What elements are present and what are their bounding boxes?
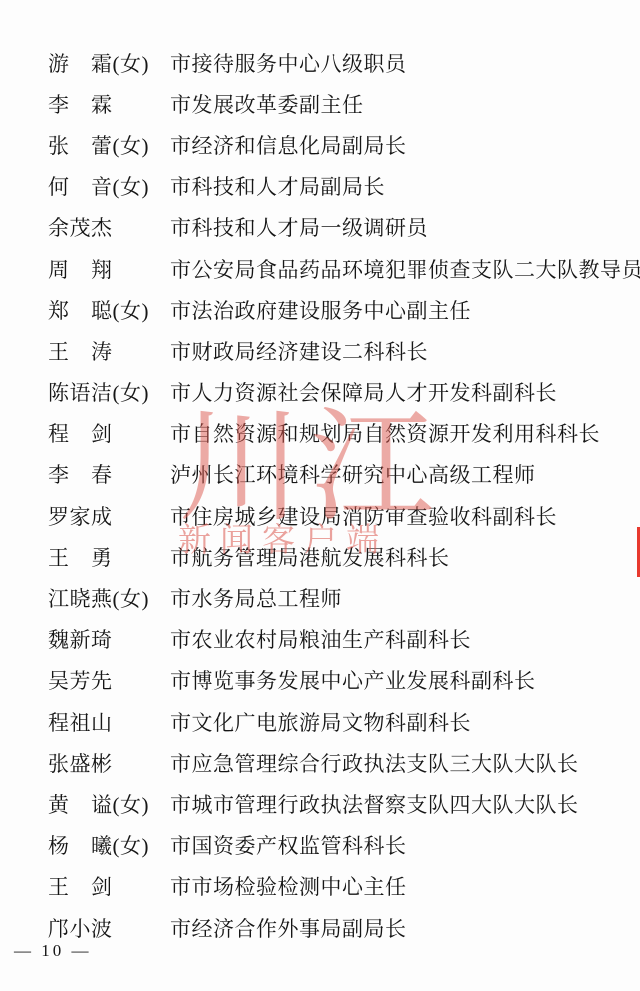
roster-row: 何 音(女) 市科技和人才局副局长 (0, 166, 640, 207)
roster-row: 陈语洁(女) 市人力资源社会保障局人才开发科副科长 (0, 372, 640, 413)
person-title: 市科技和人才局副局长 (170, 171, 385, 201)
person-title: 市科技和人才局一级调研员 (170, 212, 428, 242)
document-page: 游 霜(女) 市接待服务中心八级职员 李 霖 市发展改革委副主任 张 蕾(女) … (0, 0, 640, 991)
person-name: 吴芳先 (48, 665, 113, 695)
person-name: 张盛彬 (48, 748, 113, 778)
person-title: 市住房城乡建设局消防审查验收科副科长 (170, 501, 557, 531)
roster-row: 王 勇 市航务管理局港航发展科科长 (0, 536, 640, 577)
person-name: 陈语洁(女) (48, 377, 149, 407)
person-title: 市航务管理局港航发展科科长 (170, 542, 450, 572)
person-name: 游 霜(女) (48, 48, 149, 78)
roster-row: 江晓燕(女) 市水务局总工程师 (0, 577, 640, 618)
roster-row: 程 剑 市自然资源和规划局自然资源开发利用科科长 (0, 413, 640, 454)
roster-row: 罗家成 市住房城乡建设局消防审查验收科副科长 (0, 495, 640, 536)
person-title: 市公安局食品药品环境犯罪侦查支队二大队教导员 (170, 254, 640, 284)
person-title: 泸州长江环境科学研究中心高级工程师 (170, 459, 536, 489)
person-name: 罗家成 (48, 501, 113, 531)
person-title: 市接待服务中心八级职员 (170, 48, 407, 78)
roster-row: 黄 谥(女) 市城市管理行政执法督察支队四大队大队长 (0, 783, 640, 824)
roster-row: 王 涛 市财政局经济建设二科科长 (0, 330, 640, 371)
roster-row: 张盛彬 市应急管理综合行政执法支队三大队大队长 (0, 742, 640, 783)
person-title: 市国资委产权监管科科长 (170, 830, 407, 860)
person-title: 市博览事务发展中心产业发展科副科长 (170, 665, 536, 695)
person-name: 黄 谥(女) (48, 789, 149, 819)
person-name: 李 霖 (48, 89, 113, 119)
person-title: 市应急管理综合行政执法支队三大队大队长 (170, 748, 579, 778)
roster-row: 魏新琦 市农业农村局粮油生产科副科长 (0, 619, 640, 660)
person-name: 郑 聪(女) (48, 295, 149, 325)
person-title: 市市场检验检测中心主任 (170, 871, 407, 901)
person-name: 张 蕾(女) (48, 130, 149, 160)
person-name: 杨 曦(女) (48, 830, 149, 860)
roster-row: 郑 聪(女) 市法治政府建设服务中心副主任 (0, 289, 640, 330)
person-title: 市城市管理行政执法督察支队四大队大队长 (170, 789, 579, 819)
roster-row: 吴芳先 市博览事务发展中心产业发展科副科长 (0, 660, 640, 701)
person-name: 王 勇 (48, 542, 113, 572)
roster-row: 游 霜(女) 市接待服务中心八级职员 (0, 42, 640, 83)
person-name: 何 音(女) (48, 171, 149, 201)
person-name: 周 翔 (48, 254, 113, 284)
roster-row: 李 霖 市发展改革委副主任 (0, 83, 640, 124)
page-number: — 10 — (14, 941, 92, 961)
roster-row: 邝小波 市经济合作外事局副局长 (0, 907, 640, 948)
person-name: 江晓燕(女) (48, 583, 149, 613)
person-name: 程祖山 (48, 707, 113, 737)
person-title: 市经济合作外事局副局长 (170, 913, 407, 943)
person-title: 市人力资源社会保障局人才开发科副科长 (170, 377, 557, 407)
person-title: 市水务局总工程师 (170, 583, 342, 613)
roster-list: 游 霜(女) 市接待服务中心八级职员 李 霖 市发展改革委副主任 张 蕾(女) … (0, 42, 640, 948)
roster-row: 杨 曦(女) 市国资委产权监管科科长 (0, 825, 640, 866)
person-title: 市经济和信息化局副局长 (170, 130, 407, 160)
person-name: 王 剑 (48, 871, 113, 901)
person-name: 王 涛 (48, 336, 113, 366)
person-title: 市财政局经济建设二科科长 (170, 336, 428, 366)
roster-row: 余茂杰 市科技和人才局一级调研员 (0, 207, 640, 248)
person-name: 李 春 (48, 459, 113, 489)
person-name: 邝小波 (48, 913, 113, 943)
person-title: 市文化广电旅游局文物科副科长 (170, 707, 471, 737)
person-title: 市发展改革委副主任 (170, 89, 364, 119)
person-title: 市法治政府建设服务中心副主任 (170, 295, 471, 325)
roster-row: 李 春 泸州长江环境科学研究中心高级工程师 (0, 454, 640, 495)
person-name: 程 剑 (48, 418, 113, 448)
person-title: 市农业农村局粮油生产科副科长 (170, 624, 471, 654)
roster-row: 王 剑 市市场检验检测中心主任 (0, 866, 640, 907)
person-name: 余茂杰 (48, 212, 113, 242)
roster-row: 程祖山 市文化广电旅游局文物科副科长 (0, 701, 640, 742)
person-name: 魏新琦 (48, 624, 113, 654)
person-title: 市自然资源和规划局自然资源开发利用科科长 (170, 418, 600, 448)
roster-row: 周 翔 市公安局食品药品环境犯罪侦查支队二大队教导员 (0, 248, 640, 289)
roster-row: 张 蕾(女) 市经济和信息化局副局长 (0, 124, 640, 165)
